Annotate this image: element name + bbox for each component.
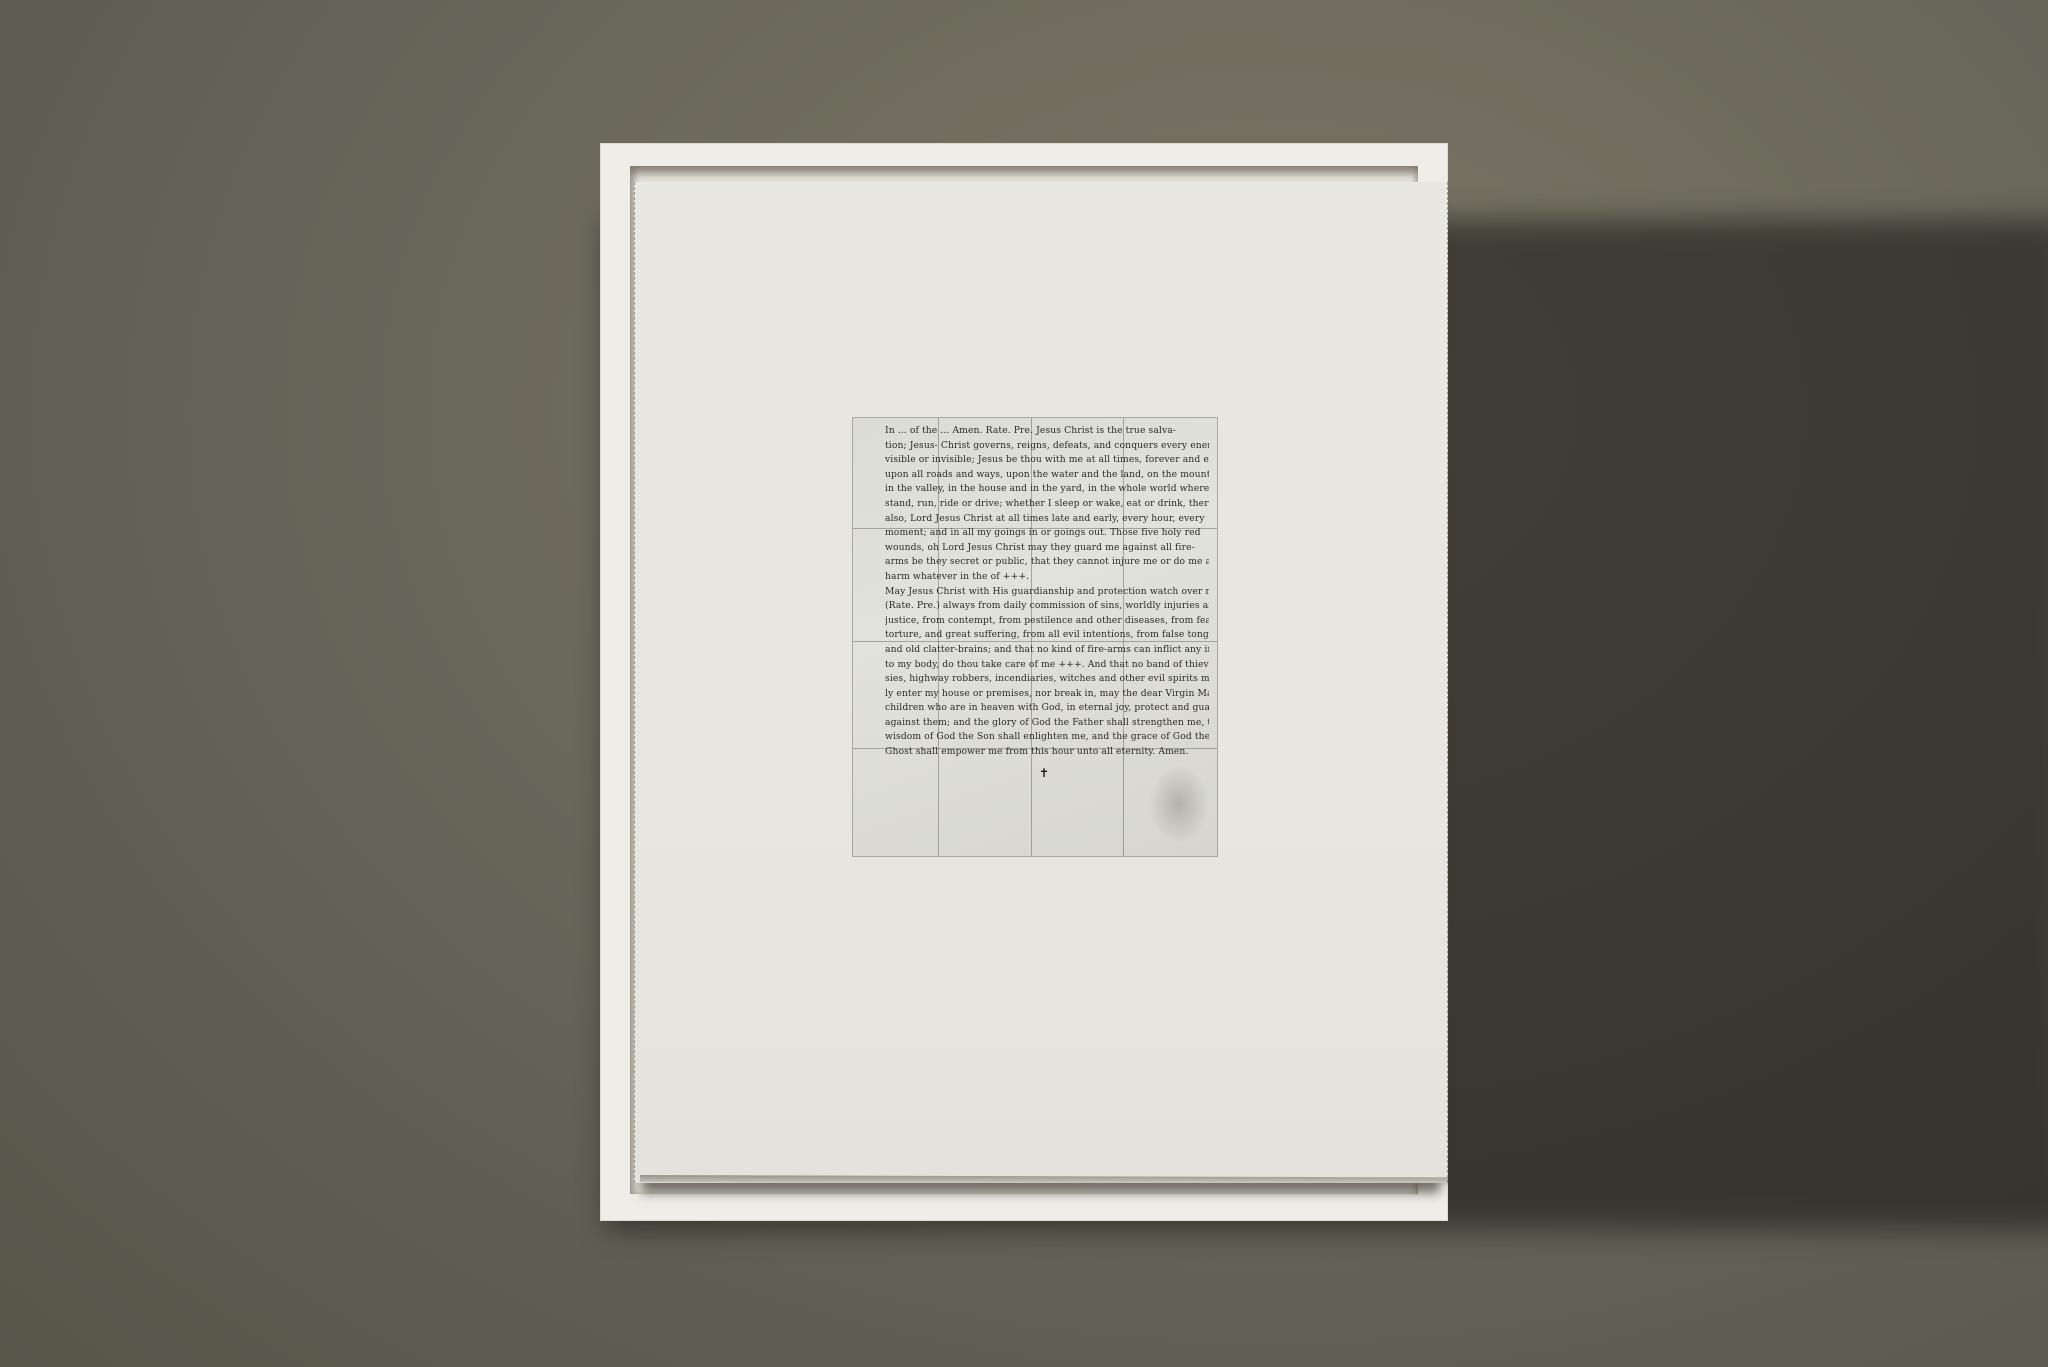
text-line: wisdom of God the Son shall enlighten me… bbox=[885, 730, 1209, 745]
text-line: stand, run, ride or drive; whether I sle… bbox=[885, 497, 1209, 512]
text-line: ly enter my house or premises, nor break… bbox=[885, 687, 1209, 702]
text-line: and old clatter-brains; and that no kind… bbox=[885, 643, 1209, 658]
text-line: Ghost shall empower me from this hour un… bbox=[885, 745, 1209, 760]
text-line: sies, highway robbers, incendiaries, wit… bbox=[885, 672, 1209, 687]
text-line: children who are in heaven with God, in … bbox=[885, 701, 1209, 716]
ink-mark: ✝ bbox=[1039, 766, 1049, 780]
text-line: In ... of the ... Amen. Rate. Pre. Jesus… bbox=[885, 424, 1209, 439]
text-line: in the valley, in the house and in the y… bbox=[885, 482, 1209, 497]
text-line: upon all roads and ways, upon the water … bbox=[885, 468, 1209, 483]
letter-text: In ... of the ... Amen. Rate. Pre. Jesus… bbox=[885, 424, 1209, 760]
text-line: wounds, oh Lord Jesus Christ may they gu… bbox=[885, 541, 1209, 556]
stain bbox=[1149, 764, 1209, 844]
text-line: against them; and the glory of God the F… bbox=[885, 716, 1209, 731]
text-line: arms be they secret or public, that they… bbox=[885, 555, 1209, 570]
text-line: (Rate. Pre.) always from daily commissio… bbox=[885, 599, 1209, 614]
text-line: to my body, do thou take care of me +++.… bbox=[885, 658, 1209, 673]
handwritten-letter-print: In ... of the ... Amen. Rate. Pre. Jesus… bbox=[852, 417, 1218, 857]
text-line: May Jesus Christ with His guardianship a… bbox=[885, 585, 1209, 600]
text-line: moment; and in all my goings in or going… bbox=[885, 526, 1209, 541]
text-line: visible or invisible; Jesus be thou with… bbox=[885, 453, 1209, 468]
text-line: justice, from contempt, from pestilence … bbox=[885, 614, 1209, 629]
text-line: harm whatever in the of +++. bbox=[885, 570, 1209, 585]
text-line: torture, and great suffering, from all e… bbox=[885, 628, 1209, 643]
text-line: also, Lord Jesus Christ at all times lat… bbox=[885, 512, 1209, 527]
text-line: tion; Jesus- Christ governs, reigns, def… bbox=[885, 439, 1209, 454]
